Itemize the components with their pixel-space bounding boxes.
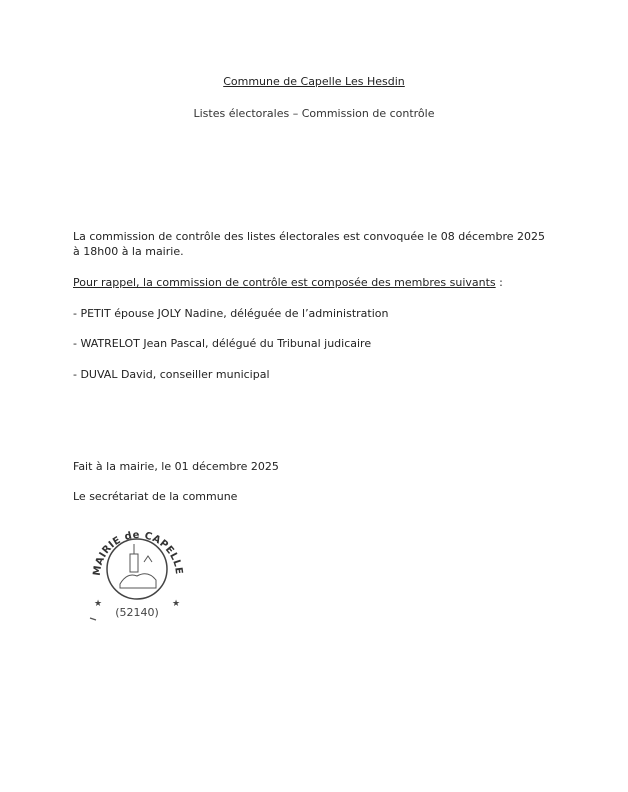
members-intro-underlined: Pour rappel, la commission de contrôle e… [73,276,496,289]
signature-line: Le secrétariat de la commune [73,489,237,504]
document-subtitle: Listes électorales – Commission de contr… [0,106,628,121]
members-intro-colon: : [496,276,503,289]
member-item: - DUVAL David, conseiller municipal [73,367,270,382]
place-date: Fait à la mairie, le 01 décembre 2025 [73,459,279,474]
ink-mark [90,618,96,620]
convocation-paragraph: La commission de contrôle des listes éle… [73,229,553,259]
star-icon: ★ [172,599,180,609]
member-item: - PETIT épouse JOLY Nadine, déléguée de … [73,306,388,321]
stamp-code: (52140) [115,606,159,619]
svg-text:MAIRIE de CAPELLE-LES-HESDIN: MAIRIE de CAPELLE-LES-HESDIN [82,514,184,576]
church-drawing [120,544,156,588]
member-item: - WATRELOT Jean Pascal, délégué du Tribu… [73,336,371,351]
star-icon: ★ [94,599,102,609]
official-seal-icon: MAIRIE de CAPELLE-LES-HESDIN (52140) ★ ★ [82,514,192,624]
members-intro: Pour rappel, la commission de contrôle e… [73,275,503,290]
stamp-text: MAIRIE de CAPELLE-LES-HESDIN [82,514,184,576]
document-title: Commune de Capelle Les Hesdin [0,74,628,89]
